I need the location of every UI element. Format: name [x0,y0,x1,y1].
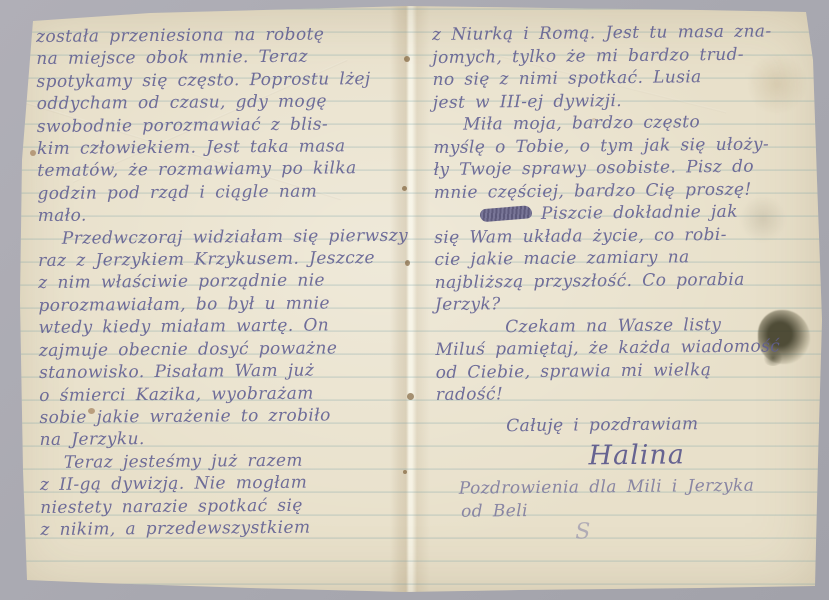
letter-line: godzin pod rząd i ciągle nam [37,180,409,206]
letter-line: sobie jakie wrażenie to zrobiło [39,404,411,430]
letter-line: na Jerzyku. [40,426,412,452]
letter-line: została przeniesiona na robotę [36,23,408,49]
letter-line: z nim właściwie porządnie nie [38,269,410,295]
letter-line: o śmierci Kazika, wyobrażam [39,381,411,407]
photo-backdrop: została przeniesiona na robotę na miejsc… [0,0,829,600]
paper-speck [30,150,36,156]
letter-line-text: Piszcie dokładnie jak [541,202,738,224]
letter-page-left: została przeniesiona na robotę na miejsc… [36,23,412,542]
letter-line: Przedwczoraj widziałam się pierwszy [38,224,410,250]
pen-flourish: S [575,519,819,544]
letter-line: myślę o Tobie, o tym jak się ułoży- [433,132,815,158]
letter-line: oddycham od czasu, gdy mogę [37,90,409,116]
signature: Halina [588,434,818,476]
letter-line: stanowisko. Pisałam Wam już [39,359,411,385]
letter-line: z II-gą dywizją. Nie mogłam [40,471,412,497]
letter-line: raz z Jerzykiem Krzykusem. Jeszcze [38,247,410,273]
letter-line: z nikim, a przedewszystkiem [40,516,412,542]
letter-line: z Niurką i Romą. Jest tu masa zna- [432,20,814,46]
letter-line: niestety narazie spotkać się [40,493,412,519]
letter-line: tematów, że rozmawiamy po kilka [37,157,409,183]
scribbled-out-word [480,205,533,222]
letter-line: spotykamy się często. Poprostu lżej [36,68,408,94]
letter-line: radość! [436,380,818,406]
letter-line: swobodnie porozmawiać z blis- [37,112,409,138]
letter-line: porozmawiałam, bo był u mnie [38,292,410,318]
letter-page-right: z Niurką i Romą. Jest tu masa zna- jomyc… [432,20,819,545]
letter-line: na miejsce obok mnie. Teraz [36,45,408,71]
letter-line: kim człowiekiem. Jest taka masa [37,135,409,161]
letter-line: mało. [38,202,410,228]
letter-line: Miluś pamiętaj, że każda wiadomość [435,335,817,361]
letter-line: Teraz jesteśmy już razem [40,448,412,474]
letter-paper: została przeniesiona na robotę na miejsc… [0,0,829,600]
letter-line: wtedy kiedy miałam wartę. On [39,314,411,340]
letter-line: zajmuje obecnie dosyć poważne [39,336,411,362]
